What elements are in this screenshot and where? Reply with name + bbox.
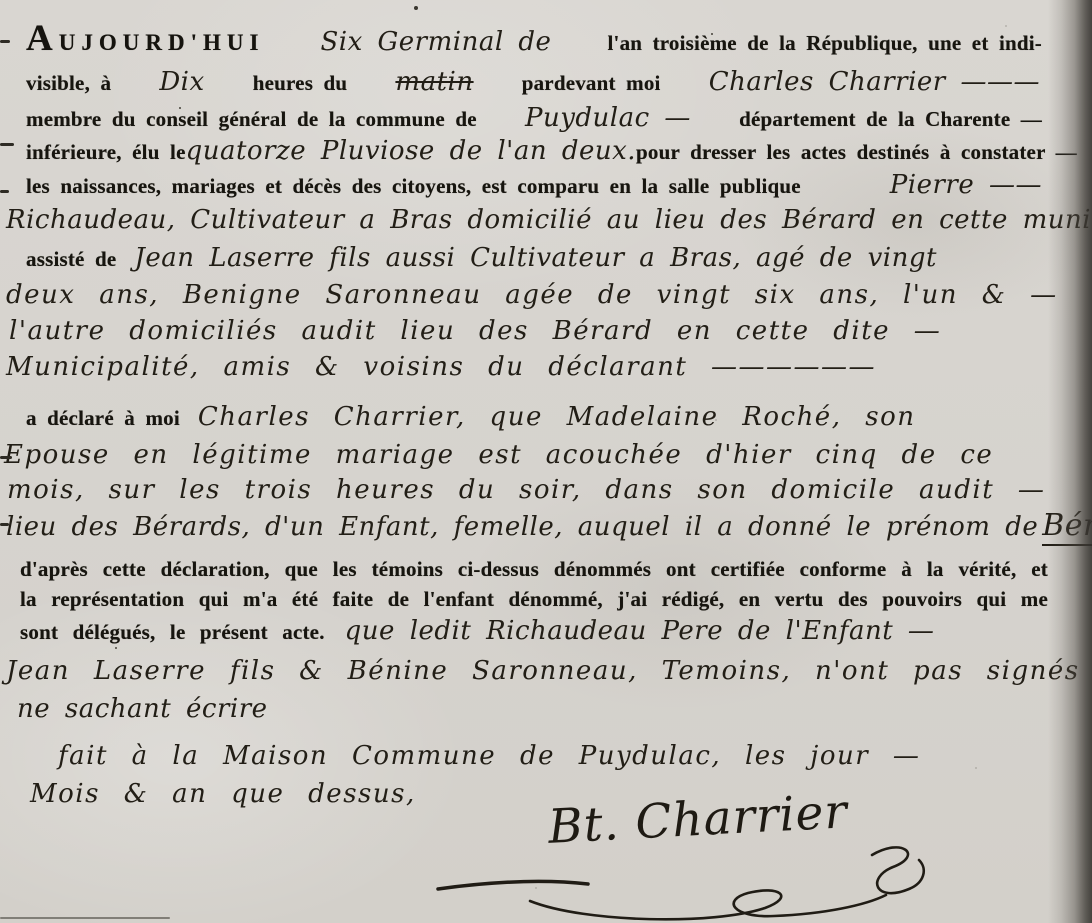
printed-text: assisté de xyxy=(26,247,116,271)
registry-document-page: AUJOURD'HUI Six Germinal de l'an troisiè… xyxy=(0,0,1092,923)
line-witness1: assisté de Jean Laserre fils aussi Culti… xyxy=(26,244,937,274)
handwritten-commune-name: Puydulac — xyxy=(525,104,691,134)
left-edge-mark xyxy=(0,523,9,526)
handwritten-witness2: deux ans, Benigne Saronneau agée de ving… xyxy=(6,280,1058,310)
handwritten-birth-statement: Epouse en légitime mariage est acouchée … xyxy=(4,440,993,470)
handwritten-closing-place: fait à la Maison Commune de Puydulac, le… xyxy=(58,741,920,771)
line-closing-b: Mois & an que dessus, xyxy=(30,780,416,810)
line-declarant: Richaudeau, Cultivateur a Bras domicilié… xyxy=(6,206,1092,236)
printed-text: inférieure, élu le xyxy=(26,140,186,164)
handwritten-election-date: quatorze Pluviose de l'an deux. xyxy=(186,137,636,167)
page-binding-shadow xyxy=(1048,0,1092,923)
handwritten-declarant-firstname: Pierre —— xyxy=(890,171,1042,201)
printed-text: membre du conseil général de la commune … xyxy=(26,107,477,131)
heading-word-aujourdhui: AUJOURD'HUI xyxy=(26,18,264,61)
line-commune: membre du conseil général de la commune … xyxy=(26,104,1042,134)
line-opening: AUJOURD'HUI Six Germinal de l'an troisiè… xyxy=(26,18,1042,61)
line-relation: Municipalité, amis & voisins du déclaran… xyxy=(6,353,876,383)
handwritten-mother-name: Charles Charrier, que Madelaine Roché, s… xyxy=(198,402,916,432)
line-birth-b: mois, sur les trois heures du soir, dans… xyxy=(7,476,1045,506)
signature-flourish xyxy=(430,843,1010,923)
heading-initial: A xyxy=(26,18,59,59)
handwritten-birth-time: mois, sur les trois heures du soir, dans… xyxy=(7,475,1045,505)
handwritten-closing-date: Mois & an que dessus, xyxy=(30,779,416,809)
line-birth-a: Epouse en légitime mariage est acouchée … xyxy=(4,441,993,471)
handwritten-witnesses-note: Jean Laserre fils & Bénine Saronneau, Te… xyxy=(6,656,1080,686)
line-comparution: les naissances, mariages et décès des ci… xyxy=(26,171,1042,201)
printed-text: pour dresser les actes destinés à consta… xyxy=(636,140,1077,164)
line-hour-officer: visible, à Dix heures du matin pardevant… xyxy=(26,68,1040,98)
handwritten-domicile: l'autre domiciliés audit lieu des Bérard… xyxy=(9,316,941,346)
line-certification-b: la représentation qui m'a été faite de l… xyxy=(20,587,1048,611)
handwritten-child-description: lieu des Bérards, d'un Enfant, femelle, … xyxy=(6,512,1038,542)
handwritten-relation: Municipalité, amis & voisins du déclaran… xyxy=(6,352,876,382)
line-witness2: deux ans, Benigne Saronneau agée de ving… xyxy=(6,281,1058,311)
line-act-closing: sont délégués, le présent acte. que ledi… xyxy=(20,617,1048,647)
left-edge-mark xyxy=(0,143,14,146)
left-edge-mark xyxy=(0,40,10,43)
printed-certification-text: d'après cette déclaration, que les témoi… xyxy=(20,557,1048,581)
line-witnesses-note: Jean Laserre fils & Bénine Saronneau, Te… xyxy=(6,657,1080,687)
printed-year-text: l'an troisième de la République, une et … xyxy=(608,31,1042,55)
line-cannot-write: ne sachant écrire xyxy=(17,695,268,725)
printed-text: visible, à xyxy=(26,71,111,95)
line-closing-a: fait à la Maison Commune de Puydulac, le… xyxy=(58,742,920,772)
left-edge-mark xyxy=(0,190,9,193)
printed-text: a déclaré à moi xyxy=(26,406,180,430)
printed-certification-text: la représentation qui m'a été faite de l… xyxy=(20,587,1048,611)
heading-rest: UJOURD'HUI xyxy=(59,30,265,55)
printed-text: sont délégués, le présent acte. xyxy=(20,620,325,644)
line-election: inférieure, élu le quatorze Pluviose de … xyxy=(26,137,1044,167)
handwritten-father-note: que ledit Richaudeau Pere de l'Enfant — xyxy=(345,616,935,646)
handwritten-act-date: Six Germinal de xyxy=(320,28,551,58)
line-declaration: a déclaré à moi Charles Charrier, que Ma… xyxy=(26,403,915,433)
printed-text: pardevant moi xyxy=(522,71,661,95)
handwritten-witness1: Jean Laserre fils aussi Cultivateur a Br… xyxy=(134,243,936,273)
paper-speckles xyxy=(414,6,418,10)
line-certification-a: d'après cette déclaration, que les témoi… xyxy=(20,557,1048,581)
left-edge-mark xyxy=(0,456,12,459)
handwritten-time-of-day: matin xyxy=(395,68,473,98)
printed-text: les naissances, mariages et décès des ci… xyxy=(26,174,801,198)
handwritten-declarant-details: Richaudeau, Cultivateur a Bras domicilié… xyxy=(6,205,1092,235)
line-child-name: lieu des Bérards, d'un Enfant, femelle, … xyxy=(6,509,1092,544)
line-domicile: l'autre domiciliés audit lieu des Bérard… xyxy=(9,317,941,347)
bottom-edge-mark xyxy=(0,917,170,919)
handwritten-hour: Dix xyxy=(159,68,204,98)
handwritten-officer-name: Charles Charrier ——— xyxy=(709,68,1040,98)
printed-text: heures du xyxy=(253,71,348,95)
printed-text: département de la Charente — xyxy=(739,107,1042,131)
handwritten-cannot-write: ne sachant écrire xyxy=(17,694,268,724)
